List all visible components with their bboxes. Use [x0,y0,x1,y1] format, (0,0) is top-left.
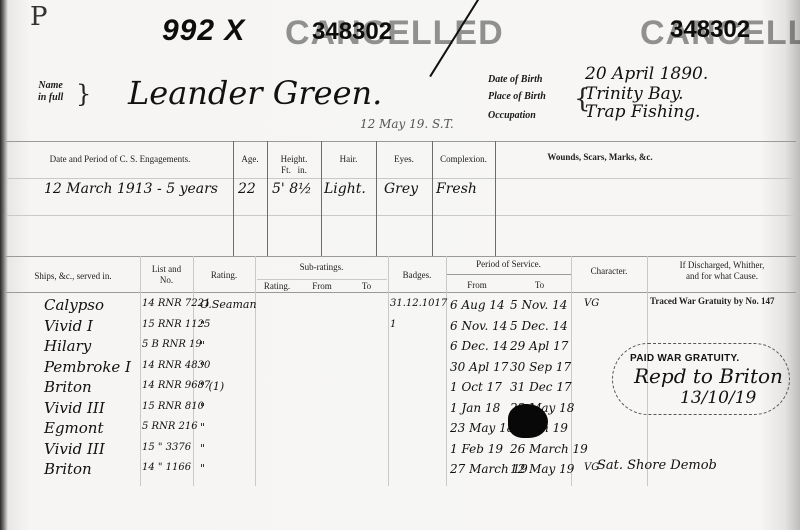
name-label-line2: in full [38,92,63,104]
rule [6,178,796,179]
dob-value: 20 April 1890. [585,64,708,84]
rating: O.Seaman [200,298,257,311]
official-number: 992 X [162,14,245,48]
ship-name: Vivid III [44,440,105,458]
ship-name: Vivid III [44,399,105,417]
header-sub-from: From [299,281,345,292]
discharge-note: Sat. Shore Demob [597,458,717,473]
header-list-no: List and No. [140,264,193,286]
occupation-value: Trap Fishing. [585,102,700,122]
pob-value: Trinity Bay. [585,84,684,104]
hair-value: Light. [324,181,366,197]
header-list-no-line2: No. [140,275,193,286]
header-subratings: Sub-ratings. [255,262,388,273]
header-engagement: Date and Period of C. S. Engagements. [10,154,230,165]
name-value: Leander Green. [128,74,382,112]
col-divider [388,256,389,486]
period-to: 5 Dec. 14 [510,319,568,333]
col-divider [193,256,194,486]
traced-gratuity-note: Traced War Gratuity by No. 147 [650,296,775,307]
period-from: 1 Jan 18 [450,401,500,415]
header-sub-to: To [345,281,388,292]
header-ships: Ships, &c., served in. [6,271,140,282]
col-divider [140,256,141,486]
ship-name: Briton [44,460,92,478]
rule [6,215,796,216]
rule [6,256,796,257]
period-to: 29 Apl 17 [510,339,568,353]
ship-name: Vivid I [44,317,93,335]
rating: " [200,360,205,373]
period-from: 6 Nov. 14 [450,319,507,333]
list-number: 15 " 3376 [142,442,191,453]
header-period-from: From [446,280,508,291]
period-to: 31 Dec 17 [510,380,572,394]
period-from: 6 Aug 14 [450,298,505,312]
stamp-date: 13/10/19 [680,388,756,408]
rating: " [200,462,205,475]
rule [6,292,796,293]
period-to: 26 March 19 [510,442,588,456]
pob-label: Place of Birth [488,91,546,102]
corner-mark: P [30,2,48,32]
header-rating: Rating. [193,270,255,281]
badges: 31.12.1017 [390,298,447,309]
period-to: 30 Sep 17 [510,360,571,374]
character: VG [584,298,599,309]
header-discharged: If Discharged, Whither, and for what Cau… [647,260,797,282]
period-from: 1 Feb 19 [450,442,503,456]
stamp-title: PAID WAR GRATUITY. [630,353,739,364]
ship-name: Briton [44,378,92,396]
badges: 1 [390,319,396,330]
ship-name: Egmont [44,419,104,437]
header-wounds: Wounds, Scars, Marks, &c. [495,152,705,163]
header-height: Height. [267,154,321,165]
period-from: 6 Dec. 14 [450,339,508,353]
header-hair: Hair. [321,154,376,165]
stamp-number-left: 348302 [312,18,392,46]
ship-name: Calypso [44,296,104,314]
name-label-line1: Name [38,80,63,92]
rule [257,279,387,280]
header-badges: Badges. [388,270,446,281]
complexion-value: Fresh [436,181,477,197]
occupation-label: Occupation [488,110,536,121]
header-complexion: Complexion. [432,154,495,165]
rating: " [200,421,205,434]
period-from: 1 Oct 17 [450,380,502,394]
ship-name: Pembroke I [44,358,131,376]
header-eyes: Eyes. [376,154,432,165]
height-value: 5' 8½ [272,181,312,197]
header-list-no-line1: List and [140,264,193,275]
rule [446,274,571,275]
ink-blot [508,404,548,438]
service-record-card: P 992 X CANCELLED 348302 CANCELLED 34830… [0,0,800,530]
header-discharged-line2: and for what Cause. [647,271,797,282]
engagement-value: 12 March 1913 - 5 years [44,181,218,197]
list-number: 15 RNR 810 [142,401,204,412]
list-number: 5 RNR 216 [142,421,198,432]
header-discharged-line1: If Discharged, Whither, [647,260,797,271]
name-label: Name in full [38,80,63,104]
list-number: 14 " 1166 [142,462,191,473]
list-number: 5 B RNR 19 [142,339,202,350]
header-character: Character. [571,266,647,277]
header-sub-rating: Rating. [255,281,299,292]
header-period: Period of Service. [446,259,571,270]
stamp-note: Repd to Briton [634,364,783,388]
header-period-to: To [508,280,571,291]
age-value: 22 [238,181,256,197]
header-age: Age. [233,154,267,165]
rating: " [200,319,205,332]
stamp-number-right: 348302 [670,16,750,44]
dob-label: Date of Birth [488,74,542,85]
ship-name: Hilary [44,337,91,355]
header-height-units: Ft. in. [267,165,321,176]
rule [6,141,796,142]
name-brace: } [76,80,91,108]
period-to: 12 May 19 [510,462,574,476]
rating: " [200,442,205,455]
annotation-top: 12 May 19. S.T. [360,117,454,131]
rating: " [200,401,205,414]
eyes-value: Grey [384,181,418,197]
period-to: 5 Nov. 14 [510,298,567,312]
period-from: 23 May 18 [450,421,514,435]
rating: " [200,339,205,352]
period-from: 30 Apl 17 [450,360,508,374]
rating: " (1) [200,380,224,393]
